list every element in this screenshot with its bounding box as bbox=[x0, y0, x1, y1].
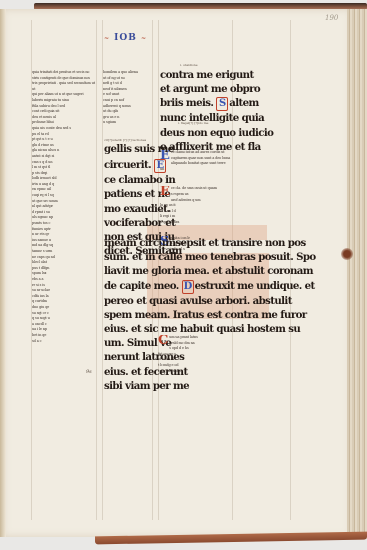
main-text-line: sum. et in calle meo tenebras posuit. Sp… bbox=[104, 250, 274, 264]
header-flourish-right: ~ bbox=[141, 35, 147, 42]
gloss-initial-E: E bbox=[160, 150, 170, 162]
gloss-line: ce clamo intus ad aures cordis ut bbox=[160, 150, 232, 156]
page-stain bbox=[341, 248, 353, 260]
main-text-line: i. flagel[?] [?]ido me deus non equo iud… bbox=[160, 126, 280, 140]
initial-S: S bbox=[216, 97, 228, 111]
gloss-block: Ece clamo intus ad aures cordis utcogita… bbox=[160, 150, 232, 172]
gloss-initial-C: C bbox=[158, 335, 168, 347]
main-text-line: briis meis. Saltem bbox=[160, 96, 280, 111]
running-header: ~ IOB ~ bbox=[104, 33, 147, 43]
main-text-line: mo exaudiet. bbox=[104, 202, 154, 216]
main-text-line: vociferabor et bbox=[104, 216, 154, 230]
main-text-line: pereo et quasi avulse arbori. abstulit bbox=[104, 294, 274, 308]
page-fore-edge bbox=[347, 9, 367, 539]
main-text-line: patiens et ne bbox=[104, 187, 154, 201]
lower-right-gloss: Cum ua pmnt latnsprsld mc dm nas opd d e… bbox=[158, 335, 233, 374]
main-text-line: gellis suis me bbox=[104, 142, 154, 156]
header-flourish-left: ~ bbox=[104, 35, 110, 42]
gloss-line: quia trinitati dei penitus et secis no bbox=[32, 70, 95, 76]
manuscript-viewer: 190 ~ IOB ~ quia trinitati dei penitus e… bbox=[0, 0, 367, 550]
gloss-line: un bbox=[160, 167, 232, 173]
main-text-block-top: i. obsidione contra me erigunt et argunt… bbox=[160, 68, 280, 154]
main-text-line: circuerit. E bbox=[104, 158, 154, 173]
gloss-line: u sgium bbox=[103, 120, 151, 126]
header-title: IOB bbox=[114, 33, 137, 43]
inner-gloss-column: homilem a quo alienaut of ng ut sunefi g… bbox=[103, 70, 151, 126]
folio-number: 190 bbox=[325, 14, 338, 22]
gloss-line: s qne dunra bbox=[160, 220, 232, 226]
main-text-line: i. obsidione contra me erigunt bbox=[160, 68, 280, 82]
main-text-line: spem meam. Iratus est contra me furor bbox=[104, 308, 274, 322]
left-gloss-column: quia trinitati dei penitus et secis nost… bbox=[32, 70, 95, 344]
gutter-shadow bbox=[0, 9, 6, 537]
main-text-line: ce clamabo in bbox=[104, 173, 154, 187]
main-text-line: sibi viam per me bbox=[104, 379, 274, 393]
gloss-line: tris proprietati . quia sed secundum ut … bbox=[32, 81, 95, 92]
main-text-line: meam circumsepsit et transire non pos bbox=[104, 236, 274, 250]
ruling-line bbox=[96, 20, 97, 520]
main-text-line: et argunt me obpro bbox=[160, 82, 280, 96]
catchword: 9s bbox=[86, 369, 92, 375]
main-text-line: liavit me gloria mea. et abstulit corona… bbox=[104, 264, 274, 278]
gloss-line: aliquando bonitat quae sunt terre bbox=[160, 161, 232, 167]
gloss-line: sd a c bbox=[32, 339, 95, 345]
initial-D: D bbox=[182, 280, 194, 294]
gloss-block: Ece cla. de sms ossis ut quams rspem usu… bbox=[160, 186, 232, 225]
gloss-block: Cum ua pmnt latnsprsld mc dm nas opd d e… bbox=[158, 335, 233, 374]
gloss-initial-E: E bbox=[160, 186, 170, 198]
gloss-line: i um uds s u a bbox=[158, 369, 233, 375]
main-text-line: de capite meo. Destruxit me undique. et bbox=[104, 279, 274, 294]
